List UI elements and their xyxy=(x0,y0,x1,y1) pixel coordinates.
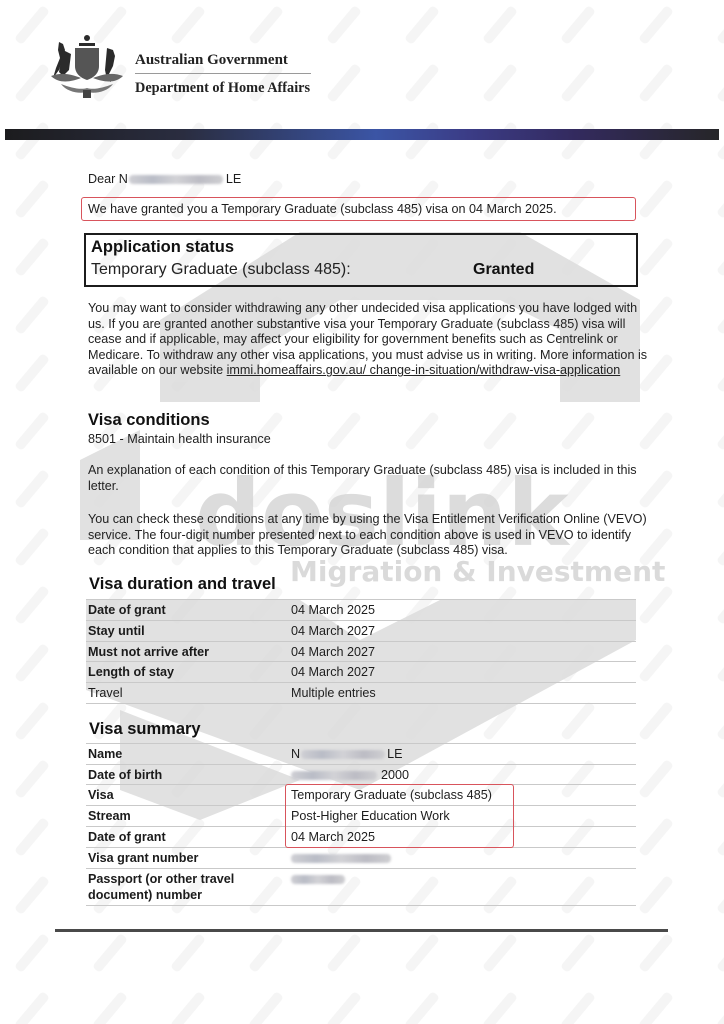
watermark-tile xyxy=(404,411,440,451)
watermark-tile xyxy=(326,63,362,103)
watermark-tile xyxy=(248,991,284,1024)
redacted-birth-date xyxy=(291,771,377,780)
redacted-name xyxy=(129,175,223,184)
watermark-tile xyxy=(14,643,50,683)
watermark-tile xyxy=(482,5,518,45)
watermark-tile xyxy=(14,527,50,567)
watermark-tile xyxy=(248,5,284,45)
watermark-tile xyxy=(716,527,724,567)
watermark-tile xyxy=(638,5,674,45)
watermark-tile xyxy=(560,63,596,103)
watermark-tile xyxy=(482,991,518,1024)
application-status-visa: Temporary Graduate (subclass 485): xyxy=(91,261,351,279)
watermark-tile xyxy=(248,121,284,161)
watermark-tile xyxy=(482,411,518,451)
watermark-tile xyxy=(170,933,206,973)
watermark-tile xyxy=(170,121,206,161)
watermark-tile xyxy=(638,875,674,915)
watermark-tile xyxy=(14,237,50,277)
table-row: Stay until 04 March 2027 xyxy=(86,620,636,641)
watermark-tile xyxy=(638,817,674,857)
visa-conditions-heading: Visa conditions xyxy=(88,411,210,430)
watermark-tile xyxy=(14,875,50,915)
watermark-tile xyxy=(404,5,440,45)
watermark-tile xyxy=(170,5,206,45)
watermark-tile xyxy=(716,63,724,103)
watermark-tile xyxy=(638,237,674,277)
withdraw-paragraph: You may want to consider withdrawing any… xyxy=(88,301,648,379)
vevo-note: You can check these conditions at any ti… xyxy=(88,512,648,559)
footer-divider xyxy=(55,929,668,932)
watermark-tile xyxy=(716,585,724,625)
watermark-tile xyxy=(560,701,596,741)
watermark-tagline-text: Migration & Investment xyxy=(290,555,665,588)
watermark-tile xyxy=(14,933,50,973)
application-status-value: Granted xyxy=(473,261,534,279)
watermark-tile xyxy=(14,179,50,219)
visa-duration-heading: Visa duration and travel xyxy=(89,575,276,594)
table-row: Visa grant number xyxy=(86,847,636,868)
grant-notice: We have granted you a Temporary Graduate… xyxy=(88,202,557,217)
watermark-tile xyxy=(560,991,596,1024)
watermark-tile xyxy=(326,121,362,161)
watermark-tile xyxy=(716,817,724,857)
watermark-tile xyxy=(248,933,284,973)
watermark-tile xyxy=(638,701,674,741)
watermark-tile xyxy=(14,817,50,857)
watermark-tile xyxy=(716,701,724,741)
watermark-tile xyxy=(638,933,674,973)
watermark-tile xyxy=(716,121,724,161)
watermark-tile xyxy=(716,237,724,277)
watermark-tile xyxy=(560,121,596,161)
watermark-tile xyxy=(14,353,50,393)
watermark-tile xyxy=(560,5,596,45)
watermark-tile xyxy=(92,991,128,1024)
watermark-tile xyxy=(14,295,50,335)
watermark-tile xyxy=(92,933,128,973)
watermark-tile xyxy=(638,643,674,683)
table-row: Must not arrive after 04 March 2027 xyxy=(86,641,636,661)
watermark-tile xyxy=(716,469,724,509)
withdraw-info-link[interactable]: immi.homeaffairs.gov.au/ change-in-situa… xyxy=(227,363,621,377)
watermark-tile xyxy=(14,991,50,1024)
watermark-tile xyxy=(14,121,50,161)
watermark-tile xyxy=(326,991,362,1024)
header-divider xyxy=(135,73,311,74)
watermark-tile xyxy=(170,991,206,1024)
watermark-tile xyxy=(716,759,724,799)
watermark-tile xyxy=(326,5,362,45)
watermark-tile xyxy=(716,643,724,683)
watermark-tile xyxy=(404,991,440,1024)
watermark-tile xyxy=(404,121,440,161)
watermark-tile xyxy=(482,701,518,741)
table-row: Travel Multiple entries xyxy=(86,682,636,704)
watermark-tile xyxy=(716,933,724,973)
watermark-tile xyxy=(638,759,674,799)
redacted-passport-number xyxy=(291,875,345,884)
table-row: Name NLE xyxy=(86,743,636,764)
watermark-tile xyxy=(14,469,50,509)
watermark-tile xyxy=(716,875,724,915)
watermark-tile xyxy=(560,933,596,973)
watermark-tile xyxy=(326,701,362,741)
watermark-tile xyxy=(482,63,518,103)
table-row: Length of stay 04 March 2027 xyxy=(86,661,636,682)
watermark-tile xyxy=(716,353,724,393)
department-name: Department of Home Affairs xyxy=(135,80,310,97)
watermark-tile xyxy=(92,121,128,161)
coat-of-arms-icon xyxy=(45,34,129,100)
watermark-tile xyxy=(14,411,50,451)
watermark-tile xyxy=(638,585,674,625)
watermark-tile xyxy=(716,179,724,219)
watermark-tile xyxy=(248,701,284,741)
table-row: Date of birth 2000 xyxy=(86,764,636,784)
table-row: Passport (or other travel document) numb… xyxy=(86,868,636,906)
watermark-tile xyxy=(638,63,674,103)
watermark-tile xyxy=(716,411,724,451)
org-name: Australian Government xyxy=(135,52,288,69)
visa-summary-heading: Visa summary xyxy=(89,720,201,739)
conditions-explanation: An explanation of each condition of this… xyxy=(88,463,648,494)
header-color-bar xyxy=(5,129,719,140)
application-status-title: Application status xyxy=(91,238,234,257)
watermark-tile xyxy=(14,701,50,741)
watermark-tile xyxy=(14,585,50,625)
visa-details-highlight xyxy=(285,784,514,848)
watermark-tile xyxy=(638,121,674,161)
watermark-tile xyxy=(482,121,518,161)
watermark-tile xyxy=(638,179,674,219)
watermark-tile xyxy=(638,411,674,451)
watermark-tile xyxy=(560,411,596,451)
application-status-box: Application status Temporary Graduate (s… xyxy=(84,233,638,287)
watermark-tile xyxy=(326,411,362,451)
watermark-tile xyxy=(716,295,724,335)
condition-item: 8501 - Maintain health insurance xyxy=(88,432,271,447)
watermark-tile xyxy=(14,759,50,799)
salutation: Dear NLE xyxy=(88,172,241,187)
watermark-tile xyxy=(482,933,518,973)
watermark-tile xyxy=(404,933,440,973)
redacted-name xyxy=(301,750,385,759)
watermark-tile xyxy=(404,63,440,103)
table-row: Date of grant 04 March 2025 xyxy=(86,599,636,620)
watermark-tile xyxy=(716,991,724,1024)
watermark-tile xyxy=(716,5,724,45)
watermark-tile xyxy=(638,991,674,1024)
redacted-grant-number xyxy=(291,854,391,863)
watermark-tile xyxy=(326,933,362,973)
grant-notice-highlight: We have granted you a Temporary Graduate… xyxy=(81,197,636,221)
watermark-tile xyxy=(404,701,440,741)
